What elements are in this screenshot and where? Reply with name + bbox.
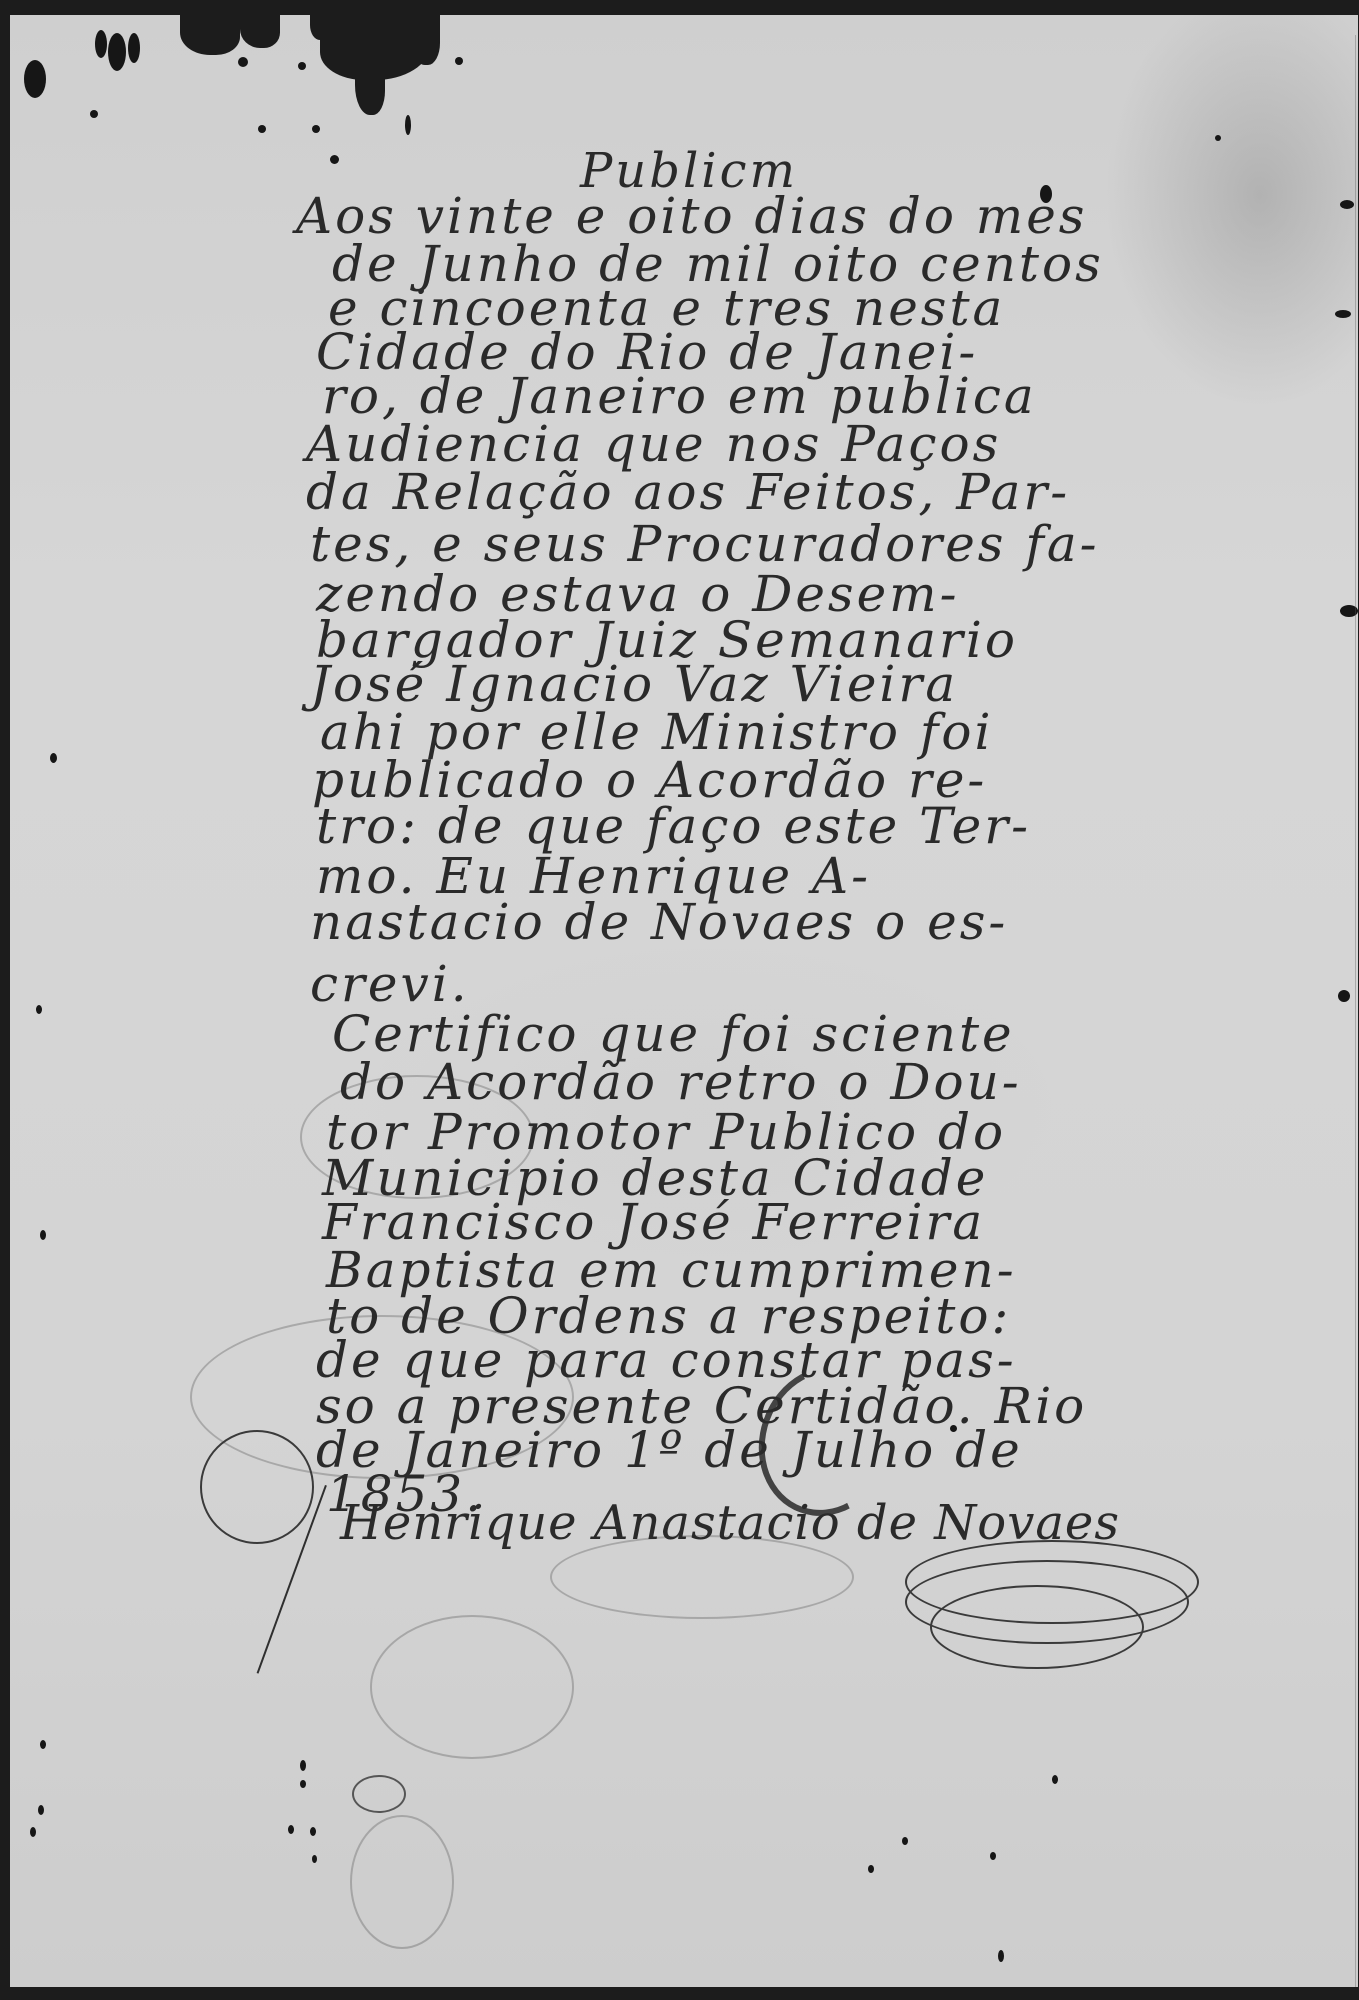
torn-edge bbox=[240, 15, 280, 48]
ink-blot bbox=[1340, 200, 1354, 209]
torn-edge bbox=[180, 15, 240, 55]
ink-blot bbox=[108, 33, 126, 71]
ink-blot bbox=[330, 155, 339, 164]
ink-blot bbox=[40, 1230, 46, 1240]
scanned-page: Publicm Aos vinte e oito dias do mes de … bbox=[0, 0, 1359, 2000]
show-through-flourish bbox=[350, 1815, 454, 1949]
ink-blot bbox=[312, 1855, 317, 1863]
ink-blot bbox=[238, 57, 248, 67]
ink-blot bbox=[300, 1760, 306, 1771]
paper-sheet: Publicm Aos vinte e oito dias do mes de … bbox=[10, 15, 1358, 1987]
ink-blot bbox=[50, 753, 57, 763]
signature-flourish bbox=[930, 1585, 1144, 1669]
ink-blot bbox=[288, 1825, 294, 1834]
ink-blot bbox=[1335, 310, 1351, 318]
ink-blot bbox=[405, 115, 411, 135]
ink-blot bbox=[300, 1780, 306, 1788]
ink-blot bbox=[90, 110, 98, 118]
scan-artifact-line bbox=[1355, 35, 1356, 1987]
ink-blot bbox=[258, 125, 266, 133]
ink-blot bbox=[40, 1740, 46, 1749]
signature-loop bbox=[200, 1430, 314, 1544]
ink-blot bbox=[24, 60, 46, 98]
ink-blot bbox=[128, 33, 140, 63]
ink-blot bbox=[95, 30, 107, 58]
faint-oval-mark bbox=[352, 1775, 406, 1813]
ink-blot bbox=[990, 1852, 996, 1860]
ink-blot bbox=[30, 1827, 36, 1837]
text-line: nastacio de Novaes o es- bbox=[310, 893, 1008, 951]
show-through-flourish bbox=[370, 1615, 574, 1759]
ink-blot bbox=[1052, 1775, 1058, 1784]
ink-blot bbox=[36, 1005, 42, 1014]
ink-blot bbox=[902, 1837, 908, 1845]
torn-edge bbox=[410, 15, 440, 65]
ink-blot bbox=[310, 1827, 316, 1836]
ink-blot bbox=[455, 57, 463, 65]
torn-edge bbox=[355, 55, 385, 115]
text-line: da Relação aos Feitos, Par- bbox=[306, 463, 1070, 521]
ink-blot bbox=[298, 62, 306, 70]
ink-blot bbox=[38, 1805, 44, 1815]
ink-blot bbox=[1338, 990, 1350, 1002]
ink-blot bbox=[1215, 135, 1221, 141]
ink-blot bbox=[998, 1950, 1004, 1962]
ink-blot bbox=[868, 1865, 874, 1873]
ink-blot bbox=[312, 125, 320, 133]
